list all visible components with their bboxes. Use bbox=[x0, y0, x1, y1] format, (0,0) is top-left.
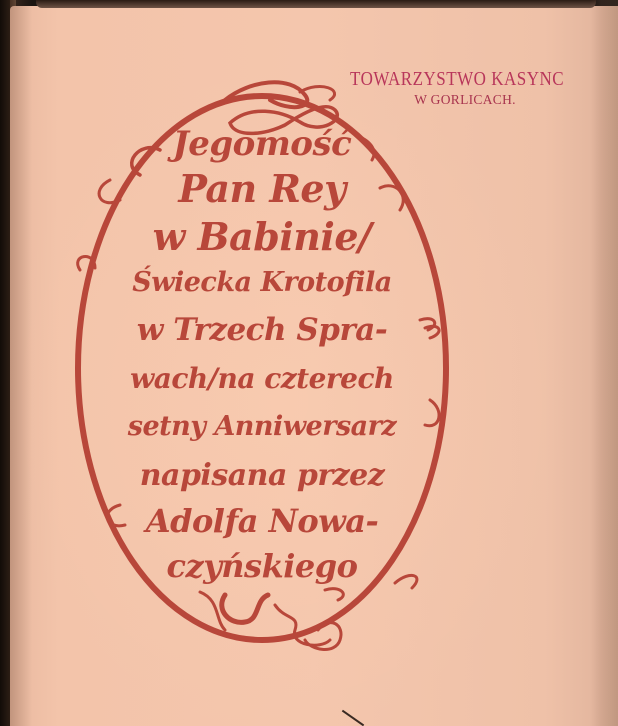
title-line: Pan Rey bbox=[76, 166, 448, 211]
title-block: Jegomość Pan Rey w Babinie/ Świecka Krot… bbox=[76, 100, 448, 640]
title-line: wach/na czterech bbox=[76, 362, 448, 395]
title-line: setny Anniwersarz bbox=[76, 411, 448, 442]
title-line: czyńskiego bbox=[76, 547, 448, 585]
title-line: Świecka Krotofila bbox=[76, 267, 448, 298]
title-line: napisana przez bbox=[76, 458, 448, 493]
title-line: Jegomość bbox=[76, 124, 448, 164]
title-line: w Babinie/ bbox=[76, 214, 448, 259]
title-line: w Trzech Spra- bbox=[76, 312, 448, 348]
title-line: Adolfa Nowa- bbox=[76, 502, 448, 540]
